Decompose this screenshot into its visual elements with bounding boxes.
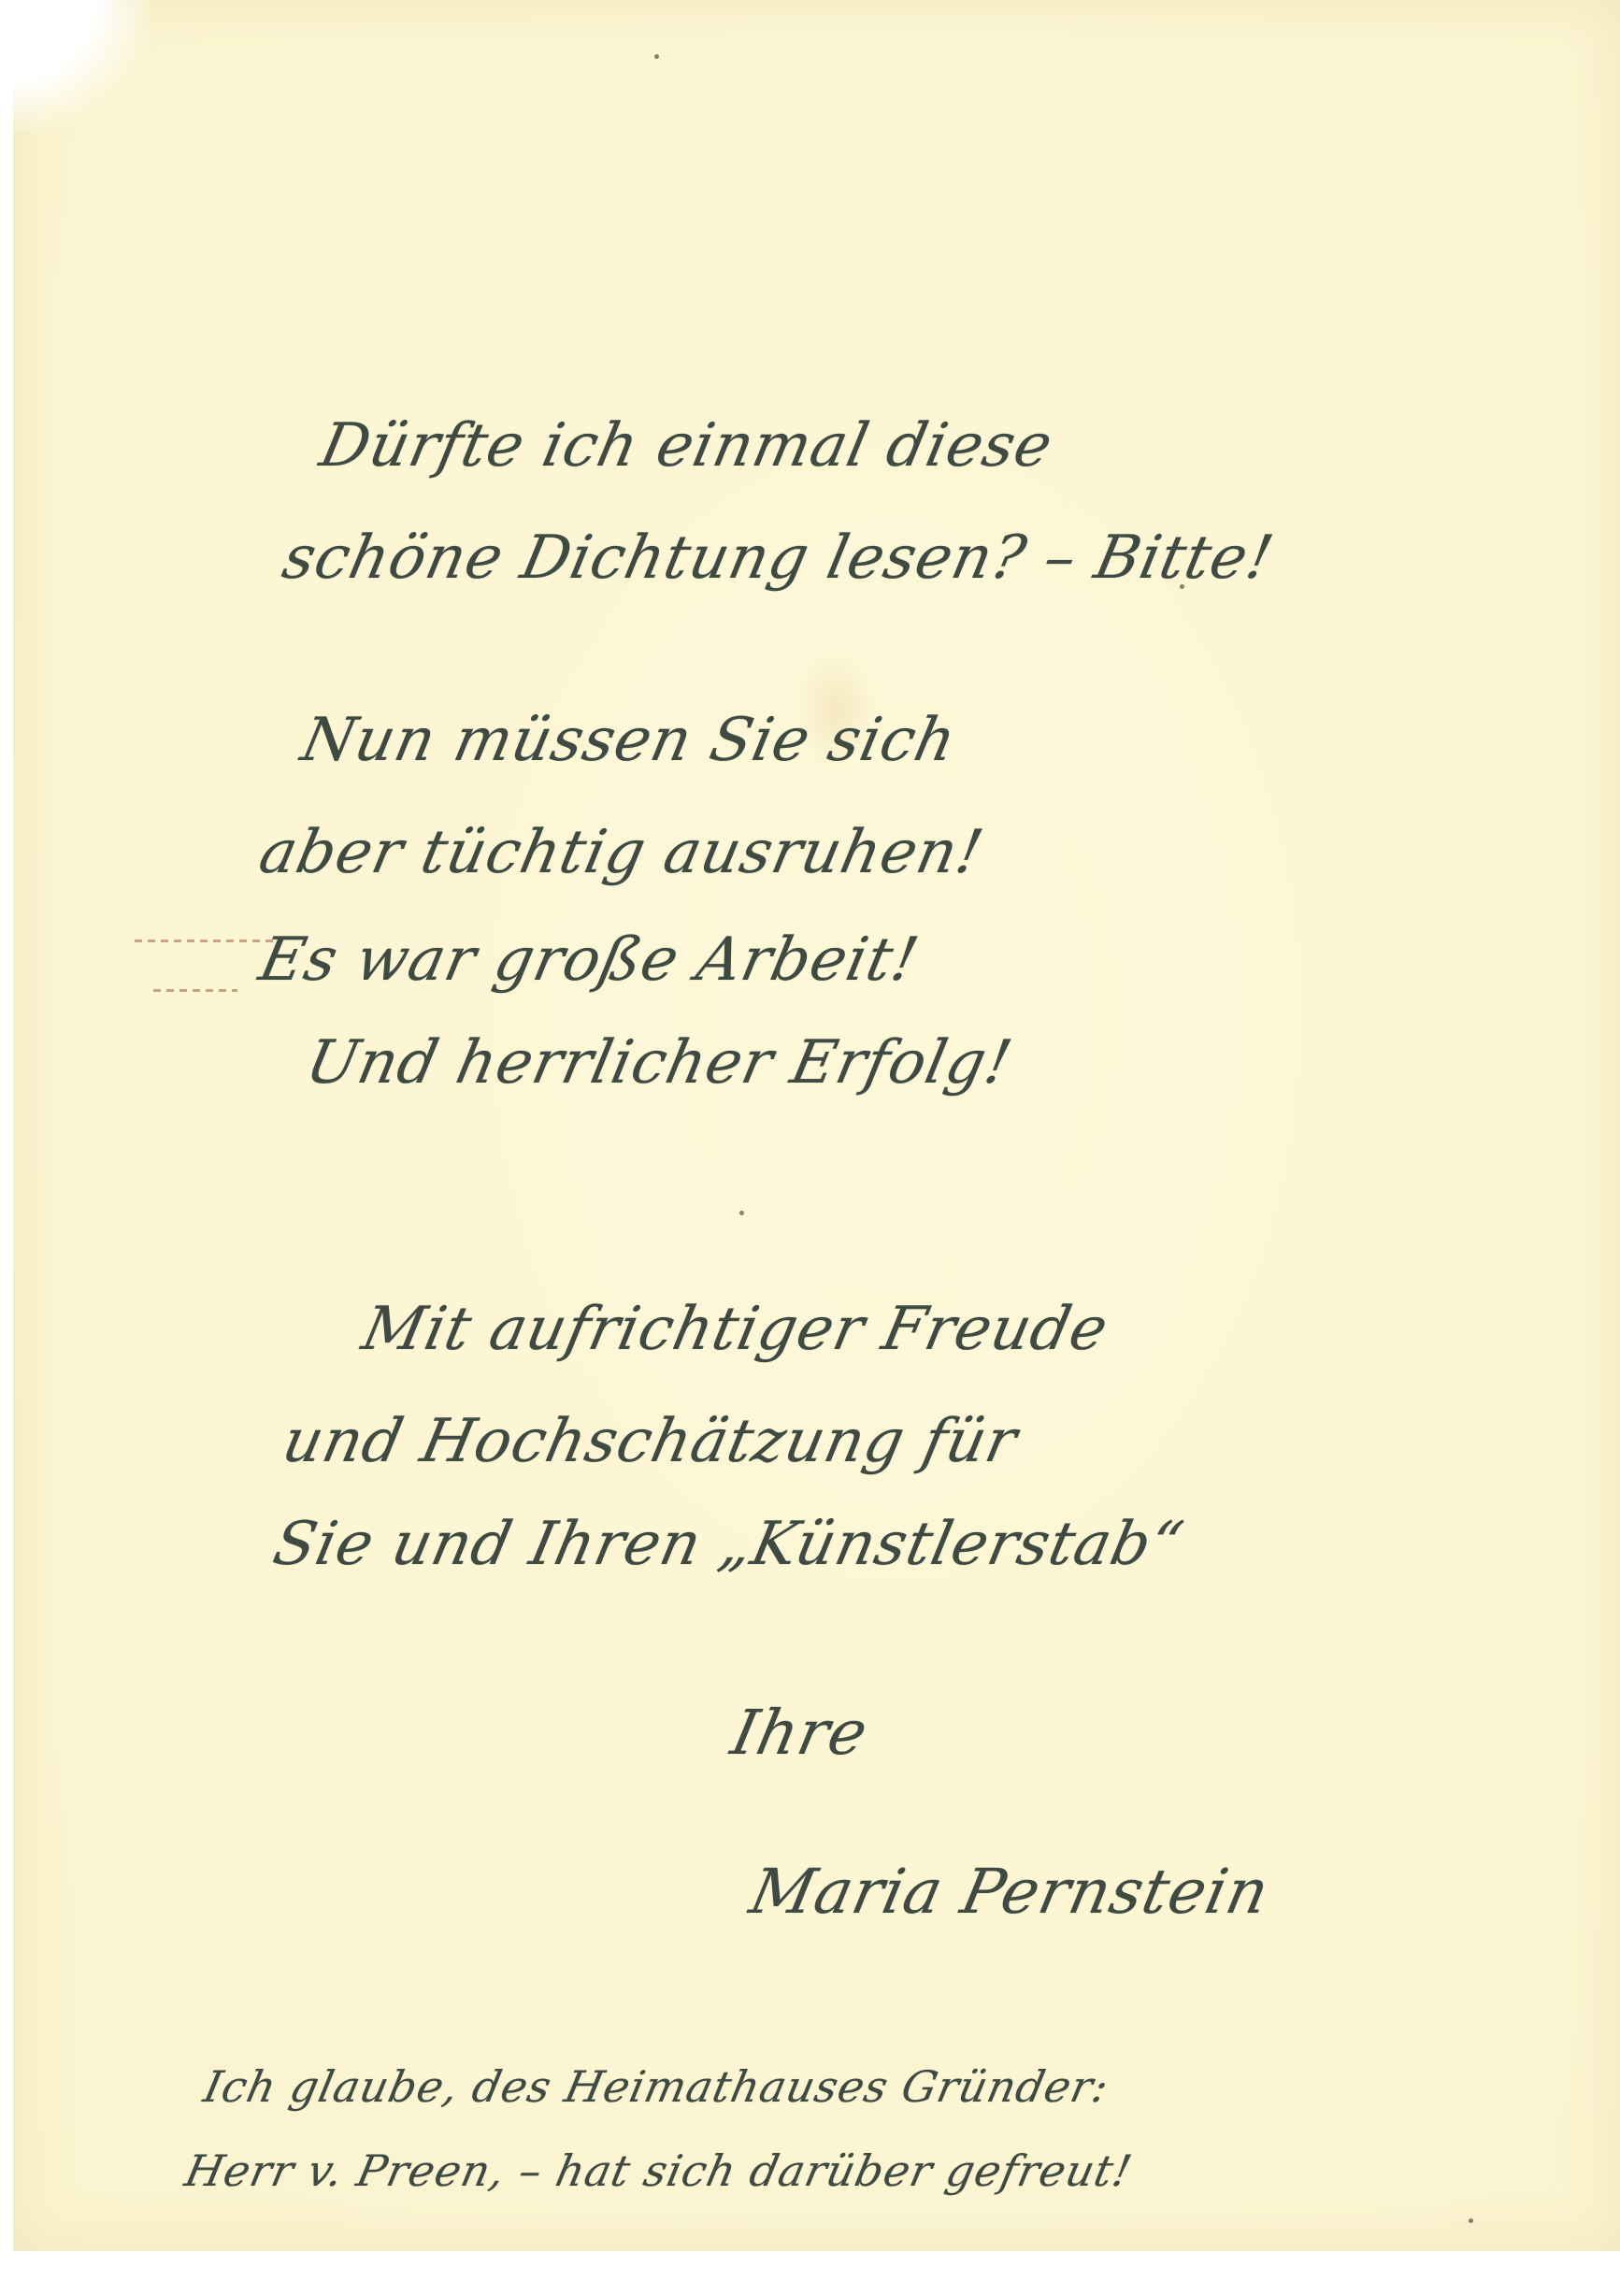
paper-speck [739, 1211, 744, 1215]
letter-line: Es war große Arbeit! [253, 926, 925, 995]
letter-line: Und herrlicher Erfolg! [300, 1028, 1018, 1098]
letter-line: aber tüchtig ausruhen! [253, 818, 989, 887]
postscript-line: Herr v. Preen, – hat sich darüber gefreu… [180, 2145, 1137, 2196]
letter-line: Sie und Ihren „Künstlerstab“ [267, 1510, 1189, 1579]
signature: Maria Pernstein [744, 1856, 1276, 1928]
paper-speck [1180, 584, 1184, 589]
letter-closing: Ihre [725, 1697, 875, 1769]
postscript-line: Ich glaube, des Heimathauses Gründer: [199, 2061, 1113, 2112]
paper-speck [654, 54, 659, 59]
letter-line: und Hochschätzung für [277, 1407, 1024, 1476]
letter-line: Nun müssen Sie sich [295, 706, 962, 775]
paper-mark [135, 940, 275, 942]
letter-page: Dürfte ich einmal diese schöne Dichtung … [13, 0, 1620, 2251]
letter-line: Mit aufrichtiger Freude [356, 1295, 1114, 1364]
letter-line: Dürfte ich einmal diese [314, 411, 1059, 481]
paper-mark [153, 989, 237, 992]
paper-speck [1469, 2218, 1473, 2223]
letter-line: schöne Dichtung lesen? – Bitte! [277, 524, 1280, 593]
